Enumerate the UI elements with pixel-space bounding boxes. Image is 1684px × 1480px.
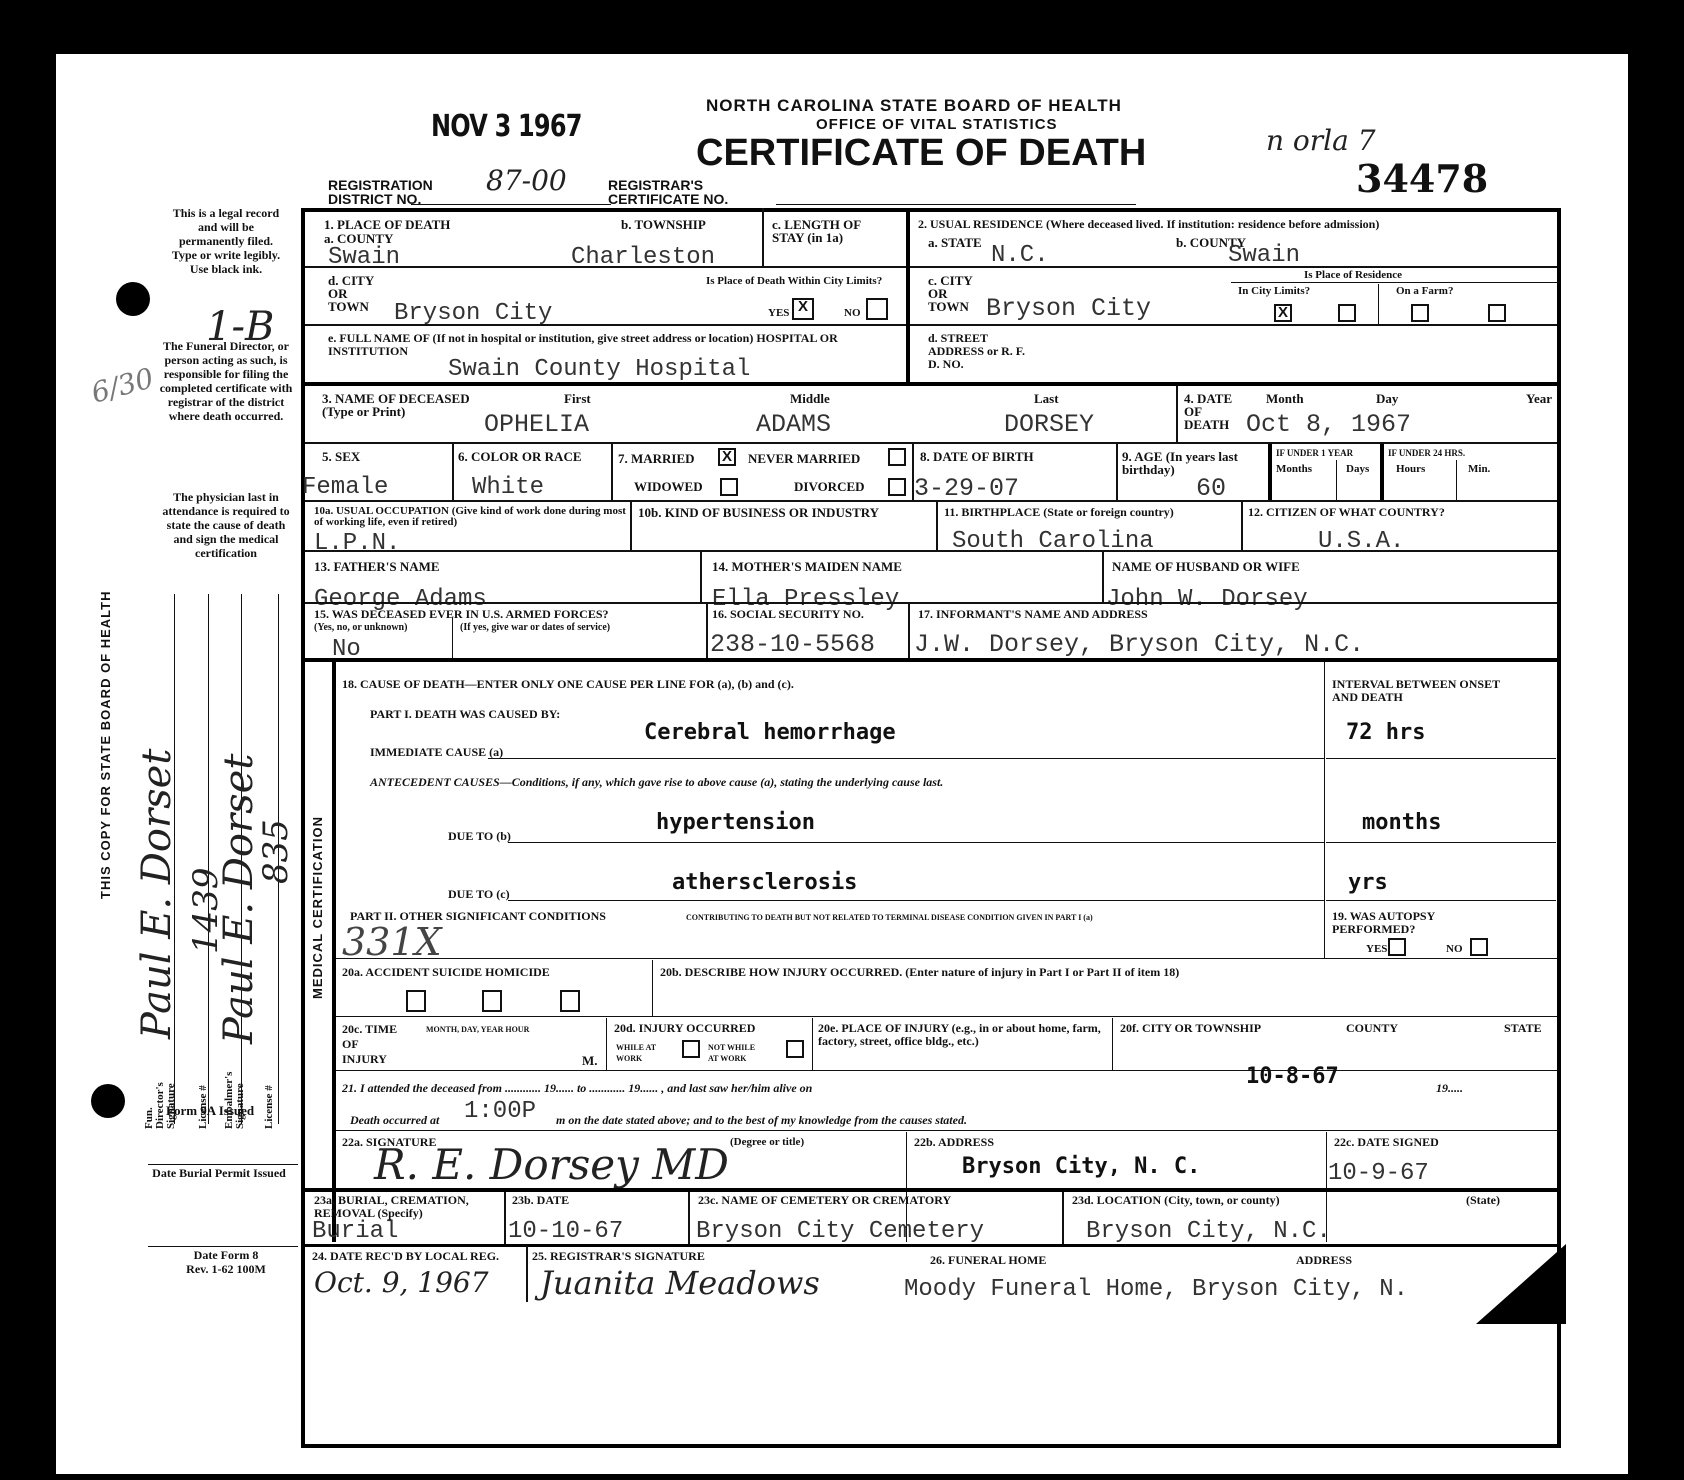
due-to-b-value: hypertension xyxy=(656,810,815,835)
street-address-label: d. STREET ADDRESS or R. F. D. NO. xyxy=(928,332,1028,371)
fun-director-signature: Paul E. Dorset xyxy=(134,749,180,1039)
part2-sub: CONTRIBUTING TO DEATH BUT NOT RELATED TO… xyxy=(686,912,1093,923)
due-to-c-label: DUE TO (c) xyxy=(448,888,510,901)
married-label: 7. MARRIED xyxy=(618,452,695,465)
city-township-label: 20f. CITY OR TOWNSHIP xyxy=(1120,1022,1261,1035)
attended-text: 21. I attended the deceased from .......… xyxy=(342,1082,812,1095)
physician-notice: The physician last in attendance is requ… xyxy=(161,490,291,560)
armed-forces-label: 15. WAS DECEASED EVER IN U.S. ARMED FORC… xyxy=(314,608,609,621)
last-name-value: DORSEY xyxy=(1004,410,1094,439)
immediate-cause-value: Cerebral hemorrhage xyxy=(644,720,896,745)
registrar-cert-label: REGISTRAR'S CERTIFICATE NO. xyxy=(608,178,788,206)
deceased-name-label: 3. NAME OF DECEASED (Type or Print) xyxy=(322,392,472,418)
age-value: 60 xyxy=(1196,474,1226,503)
days-label: Days xyxy=(1346,464,1369,475)
within-city-no-label: NO xyxy=(844,308,861,319)
usual-residence-label: 2. USUAL RESIDENCE (Where deceased lived… xyxy=(918,218,1558,231)
hours-label: Hours xyxy=(1396,464,1425,475)
cause-header: 18. CAUSE OF DEATH—ENTER ONLY ONE CAUSE … xyxy=(342,678,794,691)
spouse-label: NAME OF HUSBAND OR WIFE xyxy=(1112,560,1300,573)
informant-label: 17. INFORMANT'S NAME AND ADDRESS xyxy=(918,608,1148,621)
place-of-injury-label: 20e. PLACE OF INJURY (e.g., in or about … xyxy=(818,1022,1108,1048)
autopsy-yes-checkbox[interactable] xyxy=(1388,938,1406,956)
degree-label: (Degree or title) xyxy=(730,1136,804,1149)
registrar-signature-label: 25. REGISTRAR'S SIGNATURE xyxy=(532,1250,705,1263)
embalmer-signature: Paul E. Dorset xyxy=(216,754,262,1044)
burial-permit-label: Date Burial Permit Issued xyxy=(144,1166,294,1180)
last-seen-value: 10-8-67 xyxy=(1246,1064,1339,1089)
agency-line-1: NORTH CAROLINA STATE BOARD OF HEALTH xyxy=(706,96,1122,116)
burial-label: 23a. BURIAL, CREMATION, REMOVAL (Specify… xyxy=(314,1194,504,1220)
place-of-death-label: 1. PLACE OF DEATH xyxy=(324,218,450,231)
res-farm-no-checkbox[interactable] xyxy=(1488,304,1506,322)
middle-name-label: Middle xyxy=(790,392,830,405)
date-signed-value: 10-9-67 xyxy=(1328,1160,1429,1187)
date-recd-label: 24. DATE REC'D BY LOCAL REG. xyxy=(312,1250,522,1263)
punch-hole-bottom xyxy=(91,1084,125,1118)
physician-address-value: Bryson City, N. C. xyxy=(962,1154,1200,1179)
injury-description-label: 20b. DESCRIBE HOW INJURY OCCURRED. (Ente… xyxy=(660,966,1179,979)
location-state-label: (State) xyxy=(1466,1194,1500,1207)
last-seen-year: 19..... xyxy=(1436,1082,1463,1095)
funeral-address-label: ADDRESS xyxy=(1296,1254,1352,1267)
handwritten-note: n orla 7 xyxy=(1266,124,1376,157)
punch-hole-top xyxy=(116,282,150,316)
homicide-checkbox[interactable] xyxy=(560,990,580,1012)
fun-director-sig-label: Fun. Director's Signature xyxy=(144,1059,177,1129)
medical-certification-label: MEDICAL CERTIFICATION xyxy=(310,816,325,999)
embalmer-license: 835 xyxy=(256,819,296,884)
race-value: White xyxy=(472,474,544,501)
sex-value: Female xyxy=(302,474,388,501)
part1-label: PART I. DEATH WAS CAUSED BY: xyxy=(370,708,560,721)
vertical-caption: THIS COPY FOR STATE BOARD OF HEALTH xyxy=(98,591,113,899)
burial-date-value: 10-10-67 xyxy=(508,1218,623,1245)
injury-state-label: STATE xyxy=(1504,1022,1542,1035)
physician-address-label: 22b. ADDRESS xyxy=(914,1136,994,1149)
cemetery-value: Bryson City Cemetery xyxy=(696,1218,984,1245)
folded-corner xyxy=(1476,1244,1566,1324)
funeral-director-notice: The Funeral Director, or person acting a… xyxy=(151,339,301,423)
autopsy-label: 19. WAS AUTOPSY PERFORMED? xyxy=(1332,910,1512,936)
autopsy-no-label: NO xyxy=(1446,944,1463,955)
res-state-label: a. STATE xyxy=(928,236,982,249)
mother-label: 14. MOTHER'S MAIDEN NAME xyxy=(712,560,902,573)
widowed-label: WIDOWED xyxy=(634,480,703,493)
while-at-work-label: WHILE AT WORK xyxy=(616,1042,672,1064)
occupation-value: L.P.N. xyxy=(314,530,400,557)
date-recd-value: Oct. 9, 1967 xyxy=(314,1266,489,1299)
under-24-hrs-label: IF UNDER 24 HRS. xyxy=(1388,448,1465,459)
injury-occurred-label: 20d. INJURY OCCURRED xyxy=(614,1022,755,1035)
middle-name-value: ADAMS xyxy=(756,410,831,439)
autopsy-yes-label: YES xyxy=(1366,944,1387,955)
death-occurred-prefix: Death occurred at xyxy=(350,1114,439,1127)
ssn-label: 16. SOCIAL SECURITY NO. xyxy=(712,608,864,621)
age-label: 9. AGE (In years last birthday) xyxy=(1122,450,1268,476)
in-city-limits-label: In City Limits? xyxy=(1238,286,1310,297)
ssn-value: 238-10-5568 xyxy=(710,630,875,659)
township-label: b. TOWNSHIP xyxy=(621,218,706,231)
race-label: 6. COLOR OR RACE xyxy=(458,450,582,463)
page-title: CERTIFICATE OF DEATH xyxy=(696,132,1146,175)
res-state-value: N.C. xyxy=(991,242,1049,269)
widowed-checkbox[interactable] xyxy=(720,478,738,496)
burial-date-label: 23b. DATE xyxy=(512,1194,569,1207)
armed-forces-sub1: (Yes, no, or unknown) xyxy=(314,622,407,633)
within-city-no-checkbox[interactable] xyxy=(866,298,888,320)
dob-value: 3-29-07 xyxy=(914,474,1019,503)
registration-district-label: REGISTRATION DISTRICT NO. xyxy=(328,178,478,206)
within-city-yes-label: YES xyxy=(768,308,789,319)
month-label: Month xyxy=(1266,392,1304,405)
within-city-label: Is Place of Death Within City Limits? xyxy=(706,276,906,287)
funeral-home-label: 26. FUNERAL HOME xyxy=(930,1254,1046,1267)
registration-district-value: 87-00 xyxy=(486,164,567,197)
res-farm-yes-checkbox[interactable] xyxy=(1411,304,1429,322)
form-9a-label: Form 9A Issued xyxy=(166,1104,254,1117)
certificate-number: 34478 xyxy=(1356,156,1488,201)
occupation-label: 10a. USUAL OCCUPATION (Give kind of work… xyxy=(314,506,634,528)
place-of-residence-label: Is Place of Residence xyxy=(1304,270,1402,281)
death-occurred-suffix: m on the date stated above; and to the b… xyxy=(556,1114,967,1127)
immediate-cause-label: IMMEDIATE CAUSE (a) xyxy=(370,746,503,759)
dob-label: 8. DATE OF BIRTH xyxy=(920,450,1034,463)
due-to-b-interval: months xyxy=(1362,810,1441,835)
registrar-signature: Juanita Meadows xyxy=(540,1264,820,1302)
first-name-label: First xyxy=(564,392,591,405)
first-name-value: OPHELIA xyxy=(484,410,589,439)
due-to-b-label: DUE TO (b) xyxy=(448,830,511,843)
year-label: Year xyxy=(1526,392,1552,405)
death-city-value: Bryson City xyxy=(394,300,552,327)
not-while-at-work-label: NOT WHILE AT WORK xyxy=(708,1042,764,1064)
on-farm-label: On a Farm? xyxy=(1396,286,1453,297)
certificate-page: NOV 3 1967 NORTH CAROLINA STATE BOARD OF… xyxy=(56,54,1628,1474)
embalmer-sig-label: Embalmer's Signature xyxy=(224,1059,246,1129)
funeral-home-value: Moody Funeral Home, Bryson City, N. xyxy=(904,1276,1408,1303)
min-label: Min. xyxy=(1468,464,1490,475)
while-at-work-checkbox[interactable] xyxy=(682,1040,700,1058)
suicide-checkbox[interactable] xyxy=(482,990,502,1012)
hospital-label: e. FULL NAME OF (If not in hospital or i… xyxy=(328,332,888,358)
time-m-label: M. xyxy=(582,1054,598,1067)
within-city-yes-checkbox[interactable]: X xyxy=(792,298,814,320)
divorced-label: DIVORCED xyxy=(794,480,865,493)
interval-header: INTERVAL BETWEEN ONSET AND DEATH xyxy=(1332,678,1512,704)
business-label: 10b. KIND OF BUSINESS OR INDUSTRY xyxy=(638,506,879,519)
accident-checkbox[interactable] xyxy=(406,990,426,1012)
length-stay-label: c. LENGTH OF STAY (in 1a) xyxy=(772,218,892,244)
never-married-label: NEVER MARRIED xyxy=(748,452,860,465)
time-of-injury-label: 20c. TIME OF INJURY xyxy=(342,1022,402,1067)
agency-line-2: OFFICE OF VITAL STATISTICS xyxy=(816,116,1058,133)
day-label: Day xyxy=(1376,392,1398,405)
divorced-checkbox[interactable] xyxy=(888,478,906,496)
embalmer-license-label: License # xyxy=(264,1085,275,1129)
burial-value: Burial xyxy=(312,1218,398,1245)
res-city-value: Bryson City xyxy=(986,294,1151,323)
legal-notice: This is a legal record and will be perma… xyxy=(166,206,286,276)
res-in-city-no-checkbox[interactable] xyxy=(1338,304,1356,322)
citizen-label: 12. CITIZEN OF WHAT COUNTRY? xyxy=(1248,506,1445,519)
informant-value: J.W. Dorsey, Bryson City, N.C. xyxy=(914,630,1364,659)
last-name-label: Last xyxy=(1034,392,1059,405)
form-8-label: Date Form 8 Rev. 1-62 100M xyxy=(186,1248,266,1276)
married-checkbox[interactable]: X xyxy=(718,448,736,466)
margin-note: 6/30 xyxy=(88,361,157,409)
antecedent-label: ANTECEDENT CAUSES—Conditions, if any, wh… xyxy=(370,776,943,789)
time-of-injury-sub: MONTH, DAY, YEAR HOUR xyxy=(426,1024,529,1035)
date-of-death-label: 4. DATE OF DEATH xyxy=(1184,392,1244,431)
birthplace-label: 11. BIRTHPLACE (State or foreign country… xyxy=(944,506,1174,519)
location-value: Bryson City, N.C. xyxy=(1086,1218,1331,1245)
hospital-value: Swain County Hospital xyxy=(448,356,750,383)
physician-signature: R. E. Dorsey MD xyxy=(374,1140,729,1189)
not-while-at-work-checkbox[interactable] xyxy=(786,1040,804,1058)
under-1-year-label: IF UNDER 1 YEAR xyxy=(1276,448,1353,459)
location-label: 23d. LOCATION (City, town, or county) xyxy=(1072,1194,1280,1207)
never-married-checkbox[interactable] xyxy=(888,448,906,466)
autopsy-no-checkbox[interactable] xyxy=(1470,938,1488,956)
death-time-value: 1:00P xyxy=(464,1098,536,1125)
months-label: Months xyxy=(1276,464,1312,475)
cemetery-label: 23c. NAME OF CEMETERY OR CREMATORY xyxy=(698,1194,951,1207)
res-city-label: c. CITY OR TOWN xyxy=(928,274,978,313)
res-in-city-yes-checkbox[interactable]: X xyxy=(1274,304,1292,322)
immediate-interval: 72 hrs xyxy=(1346,720,1425,745)
accident-label: 20a. ACCIDENT SUICIDE HOMICIDE xyxy=(342,966,550,979)
stamp-date: NOV 3 1967 xyxy=(431,109,582,144)
due-to-c-value: athersclerosis xyxy=(672,870,857,895)
due-to-c-interval: yrs xyxy=(1348,870,1388,895)
injury-county-label: COUNTY xyxy=(1346,1022,1398,1035)
armed-forces-sub2: (If yes, give war or dates of service) xyxy=(460,622,610,633)
res-county-value: Swain xyxy=(1228,242,1300,269)
date-of-death-value: Oct 8, 1967 xyxy=(1246,410,1411,439)
father-label: 13. FATHER'S NAME xyxy=(314,560,440,573)
death-city-label: d. CITY OR TOWN xyxy=(328,274,378,313)
date-signed-label: 22c. DATE SIGNED xyxy=(1334,1136,1439,1149)
sex-label: 5. SEX xyxy=(322,450,360,463)
